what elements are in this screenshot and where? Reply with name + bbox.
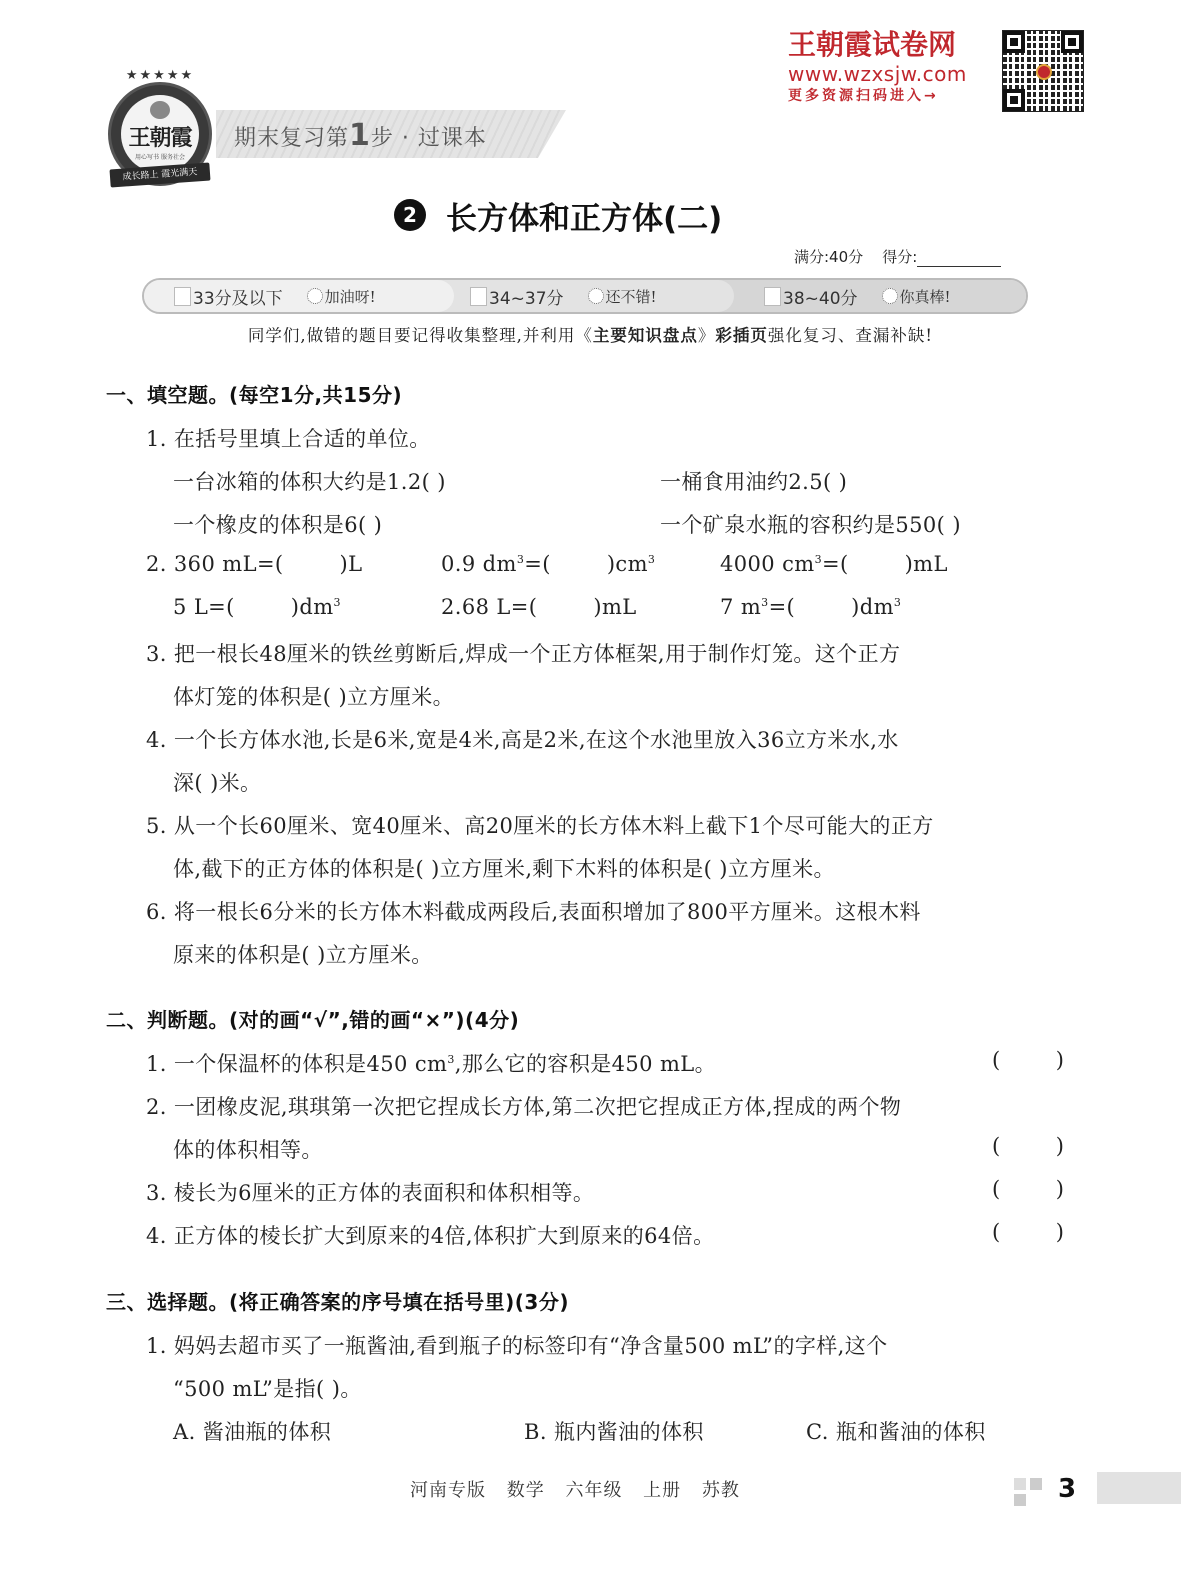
paren-close: )	[1056, 1177, 1064, 1201]
equals: =(	[524, 552, 551, 576]
paren-close: )	[1056, 1220, 1064, 1244]
answer-parens[interactable]: ()	[992, 1048, 1064, 1072]
conversion-left: 5 L=(	[173, 595, 235, 619]
logo-name: 王朝霞	[128, 121, 191, 152]
section-heading-multiple-choice: 三、选择题。(将正确答案的序号填在括号里)(3分)	[106, 1286, 569, 1315]
q2-item: 2.68 L=()mL	[441, 595, 637, 619]
score-level-1: 33分及以下 加油呀!	[144, 280, 454, 312]
qr-badge-icon	[1036, 64, 1052, 80]
lesson-title-text: 长方体和正方体(二)	[446, 193, 722, 238]
step-prefix: 期末复习第	[234, 126, 349, 151]
superscript: 3	[894, 596, 901, 609]
mc-question-1-line1: 1. 妈妈去超市买了一瓶酱油,看到瓶子的标签印有“净含量500 mL”的字样,这…	[146, 1330, 888, 1360]
tf-question-1: 1. 一个保温杯的体积是450 cm3,那么它的容积是450 mL。	[146, 1048, 716, 1078]
cheer-text: 加油呀!	[325, 286, 376, 307]
option-a[interactable]: A. 酱油瓶的体积	[173, 1416, 331, 1446]
question-3-line1: 3. 把一根长48厘米的铁丝剪断后,焊成一个正方体框架,用于制作灯笼。这个正方	[146, 638, 900, 668]
paren-open: (	[992, 1177, 1000, 1201]
conversion-unit: )dm	[851, 595, 894, 619]
question-5-line1: 5. 从一个长60厘米、宽40厘米、高20厘米的长方体木料上截下1个尽可能大的正…	[146, 810, 934, 840]
question-text: 1. 一个保温杯的体积是450 cm	[146, 1052, 447, 1076]
paren-open: (	[992, 1048, 1000, 1072]
conversion-left: 360 mL=(	[174, 552, 284, 576]
score-range: 34~37分	[489, 284, 564, 309]
tf-question-2-line1: 2. 一团橡皮泥,琪琪第一次把它捏成长方体,第二次把它捏成正方体,捏成的两个物	[146, 1091, 901, 1121]
happy-face-icon	[882, 288, 898, 304]
qr-finder-icon	[1061, 31, 1083, 53]
score-level-3: 38~40分 你真棒!	[714, 280, 1026, 312]
section-heading-fill-blank: 一、填空题。(每空1分,共15分)	[106, 379, 402, 408]
page-number: 3	[1058, 1474, 1076, 1504]
cheer-face-icon	[307, 288, 323, 304]
cheer-text: 还不错!	[606, 286, 657, 307]
q2-item: 4000 cm3=()mL	[720, 552, 948, 576]
score-line: 满分:40分 得分:	[794, 246, 1001, 267]
question-number: 2.	[146, 552, 167, 576]
step-banner-text: 期末复习第1步 · 过课本	[234, 118, 487, 153]
section-heading-true-false: 二、判断题。(对的画“√”,错的画“×”)(4分)	[106, 1004, 519, 1033]
mc-question-1-line2: “500 mL”是指( )。	[173, 1373, 362, 1403]
q1-item: 一个矿泉水瓶的容积约是550( )	[660, 509, 961, 539]
conversion-left: 2.68 L=(	[441, 595, 537, 619]
superscript: 3	[648, 553, 655, 566]
superscript: 3	[334, 596, 341, 609]
score-input-blank[interactable]	[917, 251, 1001, 267]
question-4-line2: 深( )米。	[173, 767, 261, 797]
question-5-line2: 体,截下的正方体的体积是( )立方厘米,剩下木料的体积是( )立方厘米。	[173, 853, 835, 883]
q2-item: 2. 360 mL=()L	[146, 552, 362, 576]
superscript: 3	[815, 553, 822, 566]
paren-open: (	[992, 1220, 1000, 1244]
q1-item: 一个橡皮的体积是6( )	[173, 509, 382, 539]
question-4-line1: 4. 一个长方体水池,长是6米,宽是4米,高是2米,在这个水池里放入36立方米水…	[146, 724, 899, 754]
conversion-left: 0.9 dm	[441, 552, 517, 576]
footer-decoration	[1030, 1478, 1042, 1490]
step-suffix: 步 · 过课本	[371, 126, 487, 151]
superscript: 3	[761, 596, 768, 609]
logo-inner: 王朝霞 用心写书 服务社会	[121, 95, 199, 173]
tf-question-3: 3. 棱长为6厘米的正方体的表面积和体积相等。	[146, 1177, 594, 1207]
question-6-line1: 6. 将一根长6分米的长方体木料截成两段后,表面积增加了800平方厘米。这根木料	[146, 896, 921, 926]
q1-item: 一桶食用油约2.5( )	[660, 466, 847, 496]
got-score-label: 得分:	[882, 248, 917, 266]
checkbox[interactable]	[764, 287, 781, 306]
equals: =(	[769, 595, 796, 619]
q2-item: 7 m3=()dm3	[720, 595, 901, 619]
score-rating-bar: 33分及以下 加油呀! 34~37分 还不错! 38~40分 你真棒!	[142, 278, 1028, 314]
full-score-label: 满分:40分	[794, 248, 863, 266]
question-1-stem: 1. 在括号里填上合适的单位。	[146, 423, 431, 453]
logo-slogan: 用心写书 服务社会	[135, 152, 185, 161]
answer-parens[interactable]: ()	[992, 1134, 1064, 1158]
publisher-logo: ★★★★★ 王朝霞 用心写书 服务社会 成长路上 霞光满天	[106, 68, 214, 186]
reminder-text: 同学们,做错的题目要记得收集整理,并利用《	[248, 326, 593, 345]
option-c[interactable]: C. 瓶和酱油的体积	[806, 1416, 986, 1446]
paren-open: (	[992, 1134, 1000, 1158]
question-6-line2: 原来的体积是( )立方厘米。	[173, 939, 433, 969]
step-number: 1	[349, 118, 371, 153]
portrait-icon	[150, 101, 170, 119]
reminder-text: 》	[698, 326, 716, 345]
reminder-bold: 主要知识盘点	[593, 326, 698, 345]
conversion-unit: )mL	[593, 595, 636, 619]
brand-url[interactable]: www.wzxsjw.com	[788, 62, 998, 86]
conversion-unit: )dm	[291, 595, 334, 619]
conversion-left: 7 m	[720, 595, 761, 619]
footer-decoration	[1014, 1478, 1026, 1490]
reminder-text: 强化复习、查漏补缺!	[768, 326, 933, 345]
q2-item: 0.9 dm3=()cm3	[441, 552, 655, 576]
superscript: 3	[447, 1053, 454, 1066]
conversion-left: 4000 cm	[720, 552, 815, 576]
stars-decoration: ★★★★★	[112, 68, 208, 83]
question-3-line2: 体灯笼的体积是( )立方厘米。	[173, 681, 454, 711]
q2-item: 5 L=()dm3	[173, 595, 341, 619]
answer-parens[interactable]: ()	[992, 1177, 1064, 1201]
smile-face-icon	[588, 288, 604, 304]
qr-code-icon[interactable]	[1002, 30, 1084, 112]
q1-item: 一台冰箱的体积大约是1.2( )	[173, 466, 446, 496]
score-range: 38~40分	[783, 284, 858, 309]
conversion-unit: )cm	[607, 552, 648, 576]
footer-bar	[1097, 1472, 1181, 1504]
page-title: 2 长方体和正方体(二)	[394, 190, 814, 240]
brand-title: 王朝霞试卷网	[788, 28, 998, 62]
question-text: ,那么它的容积是450 mL。	[455, 1052, 716, 1076]
option-b[interactable]: B. 瓶内酱油的体积	[524, 1416, 704, 1446]
conversion-unit: )mL	[905, 552, 948, 576]
brand-box: 王朝霞试卷网 www.wzxsjw.com 更多资源扫码进入→	[788, 28, 998, 114]
equals: =(	[822, 552, 849, 576]
conversion-unit: )L	[340, 552, 363, 576]
paren-close: )	[1056, 1134, 1064, 1158]
tf-question-4: 4. 正方体的棱长扩大到原来的4倍,体积扩大到原来的64倍。	[146, 1220, 714, 1250]
qr-finder-icon	[1003, 89, 1025, 111]
qr-finder-icon	[1003, 31, 1025, 53]
reminder-bold: 彩插页	[715, 326, 768, 345]
footer-edition-info: 河南专版 数学 六年级 上册 苏教	[410, 1476, 740, 1502]
score-level-2: 34~37分 还不错!	[434, 280, 734, 312]
paren-close: )	[1056, 1048, 1064, 1072]
checkbox[interactable]	[174, 287, 191, 306]
score-range: 33分及以下	[193, 284, 283, 309]
answer-parens[interactable]: ()	[992, 1220, 1064, 1244]
checkbox[interactable]	[470, 287, 487, 306]
tf-question-2-line2: 体的体积相等。	[173, 1134, 323, 1164]
scan-prompt: 更多资源扫码进入→	[788, 86, 998, 106]
footer-decoration	[1014, 1494, 1026, 1506]
lesson-number-badge: 2	[394, 199, 426, 231]
cheer-text: 你真棒!	[900, 286, 951, 307]
study-reminder: 同学们,做错的题目要记得收集整理,并利用《主要知识盘点》彩插页强化复习、查漏补缺…	[0, 322, 1181, 346]
